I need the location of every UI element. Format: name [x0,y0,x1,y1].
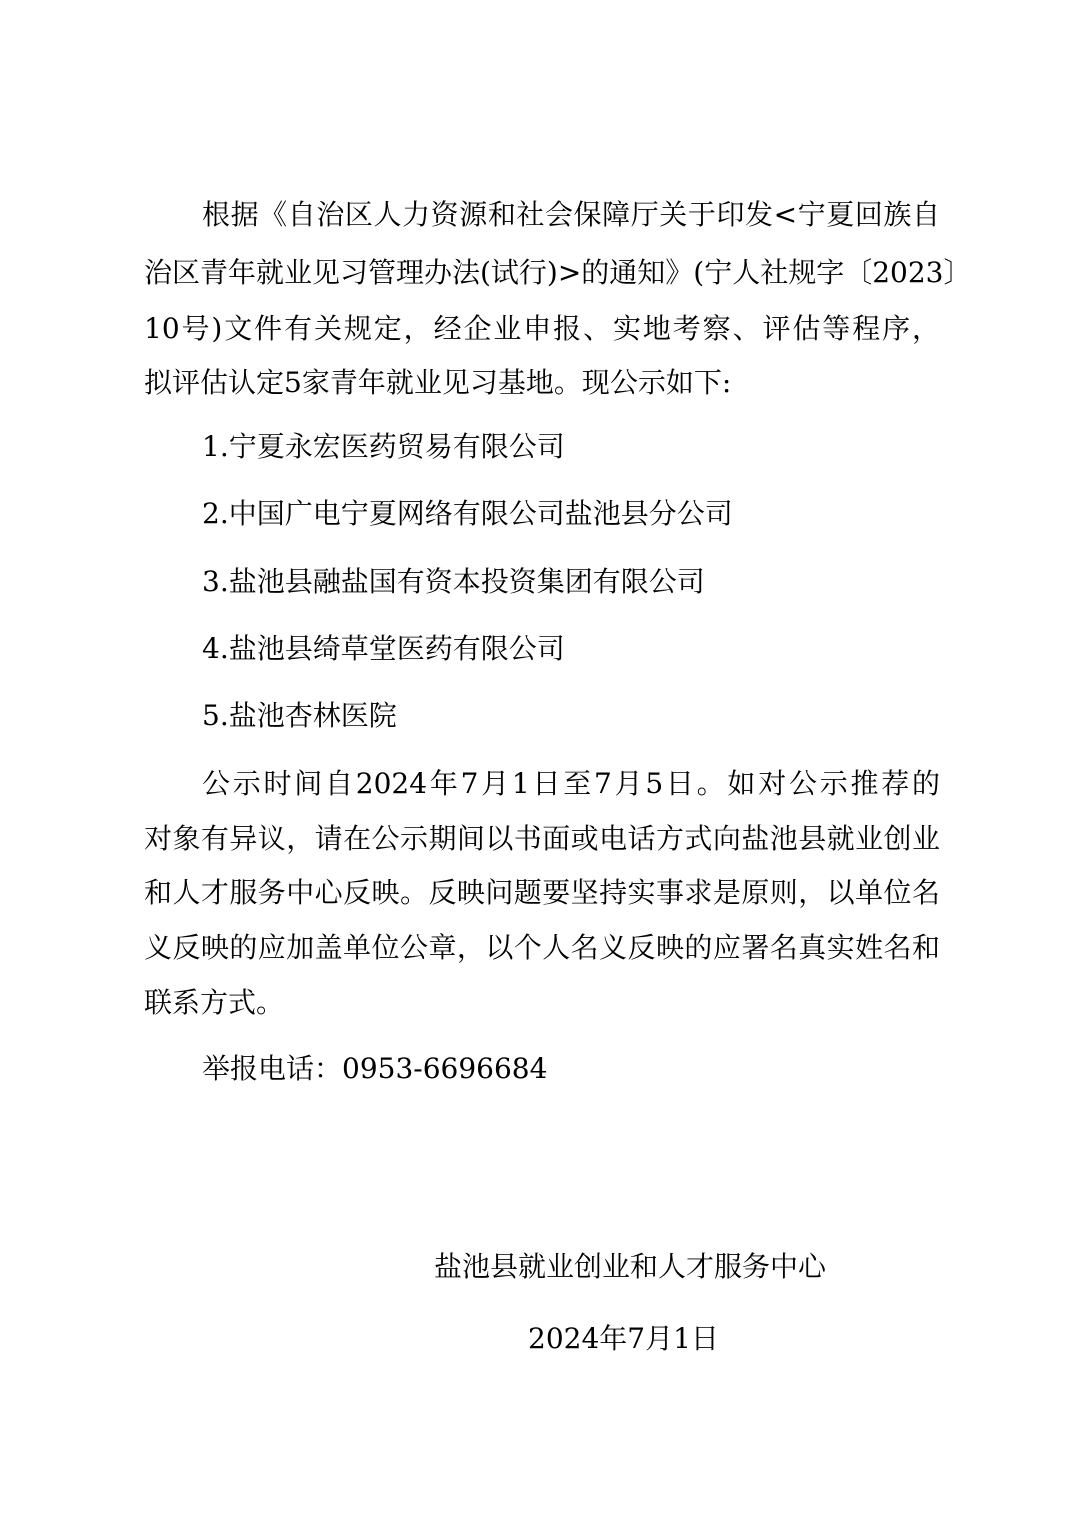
list-item: 1.宁夏永宏医药贸易有限公司 [202,430,565,464]
signature-date: 2024年7月1日 [528,1322,719,1356]
notice-line-2: 对象有异议，请在公示期间以书面或电话方式向盐池县就业创业 [144,822,940,856]
hotline-label: 举报电话： [202,1052,342,1085]
hotline-number: 0953-6696684 [342,1052,547,1085]
intro-line-2: 治区青年就业见习管理办法(试行)>的通知》(宁人社规字〔2023〕 [144,256,940,290]
signature-organization: 盐池县就业创业和人才服务中心 [434,1250,826,1284]
intro-line-1: 根据《自治区人力资源和社会保障厅关于印发<宁夏回族自 [202,198,940,232]
intro-line-3: 10号)文件有关规定，经企业申报、实地考察、评估等程序， [144,312,940,346]
notice-line-3: 和人才服务中心反映。反映问题要坚持实事求是原则，以单位名 [144,876,940,910]
list-item: 2.中国广电宁夏网络有限公司盐池县分公司 [202,497,733,531]
notice-line-4: 义反映的应加盖单位公章，以个人名义反映的应署名真实姓名和 [144,931,940,965]
list-item: 5.盐池杏林医院 [202,699,397,733]
list-item: 4.盐池县绮草堂医药有限公司 [202,632,565,666]
notice-line-1: 公示时间自2024年7月1日至7月5日。如对公示推荐的 [202,767,940,801]
hotline: 举报电话：0953-6696684 [202,1052,547,1086]
intro-line-4: 拟评估认定5家青年就业见习基地。现公示如下: [144,366,731,400]
list-item: 3.盐池县融盐国有资本投资集团有限公司 [202,565,705,599]
notice-line-5: 联系方式。 [144,986,284,1020]
